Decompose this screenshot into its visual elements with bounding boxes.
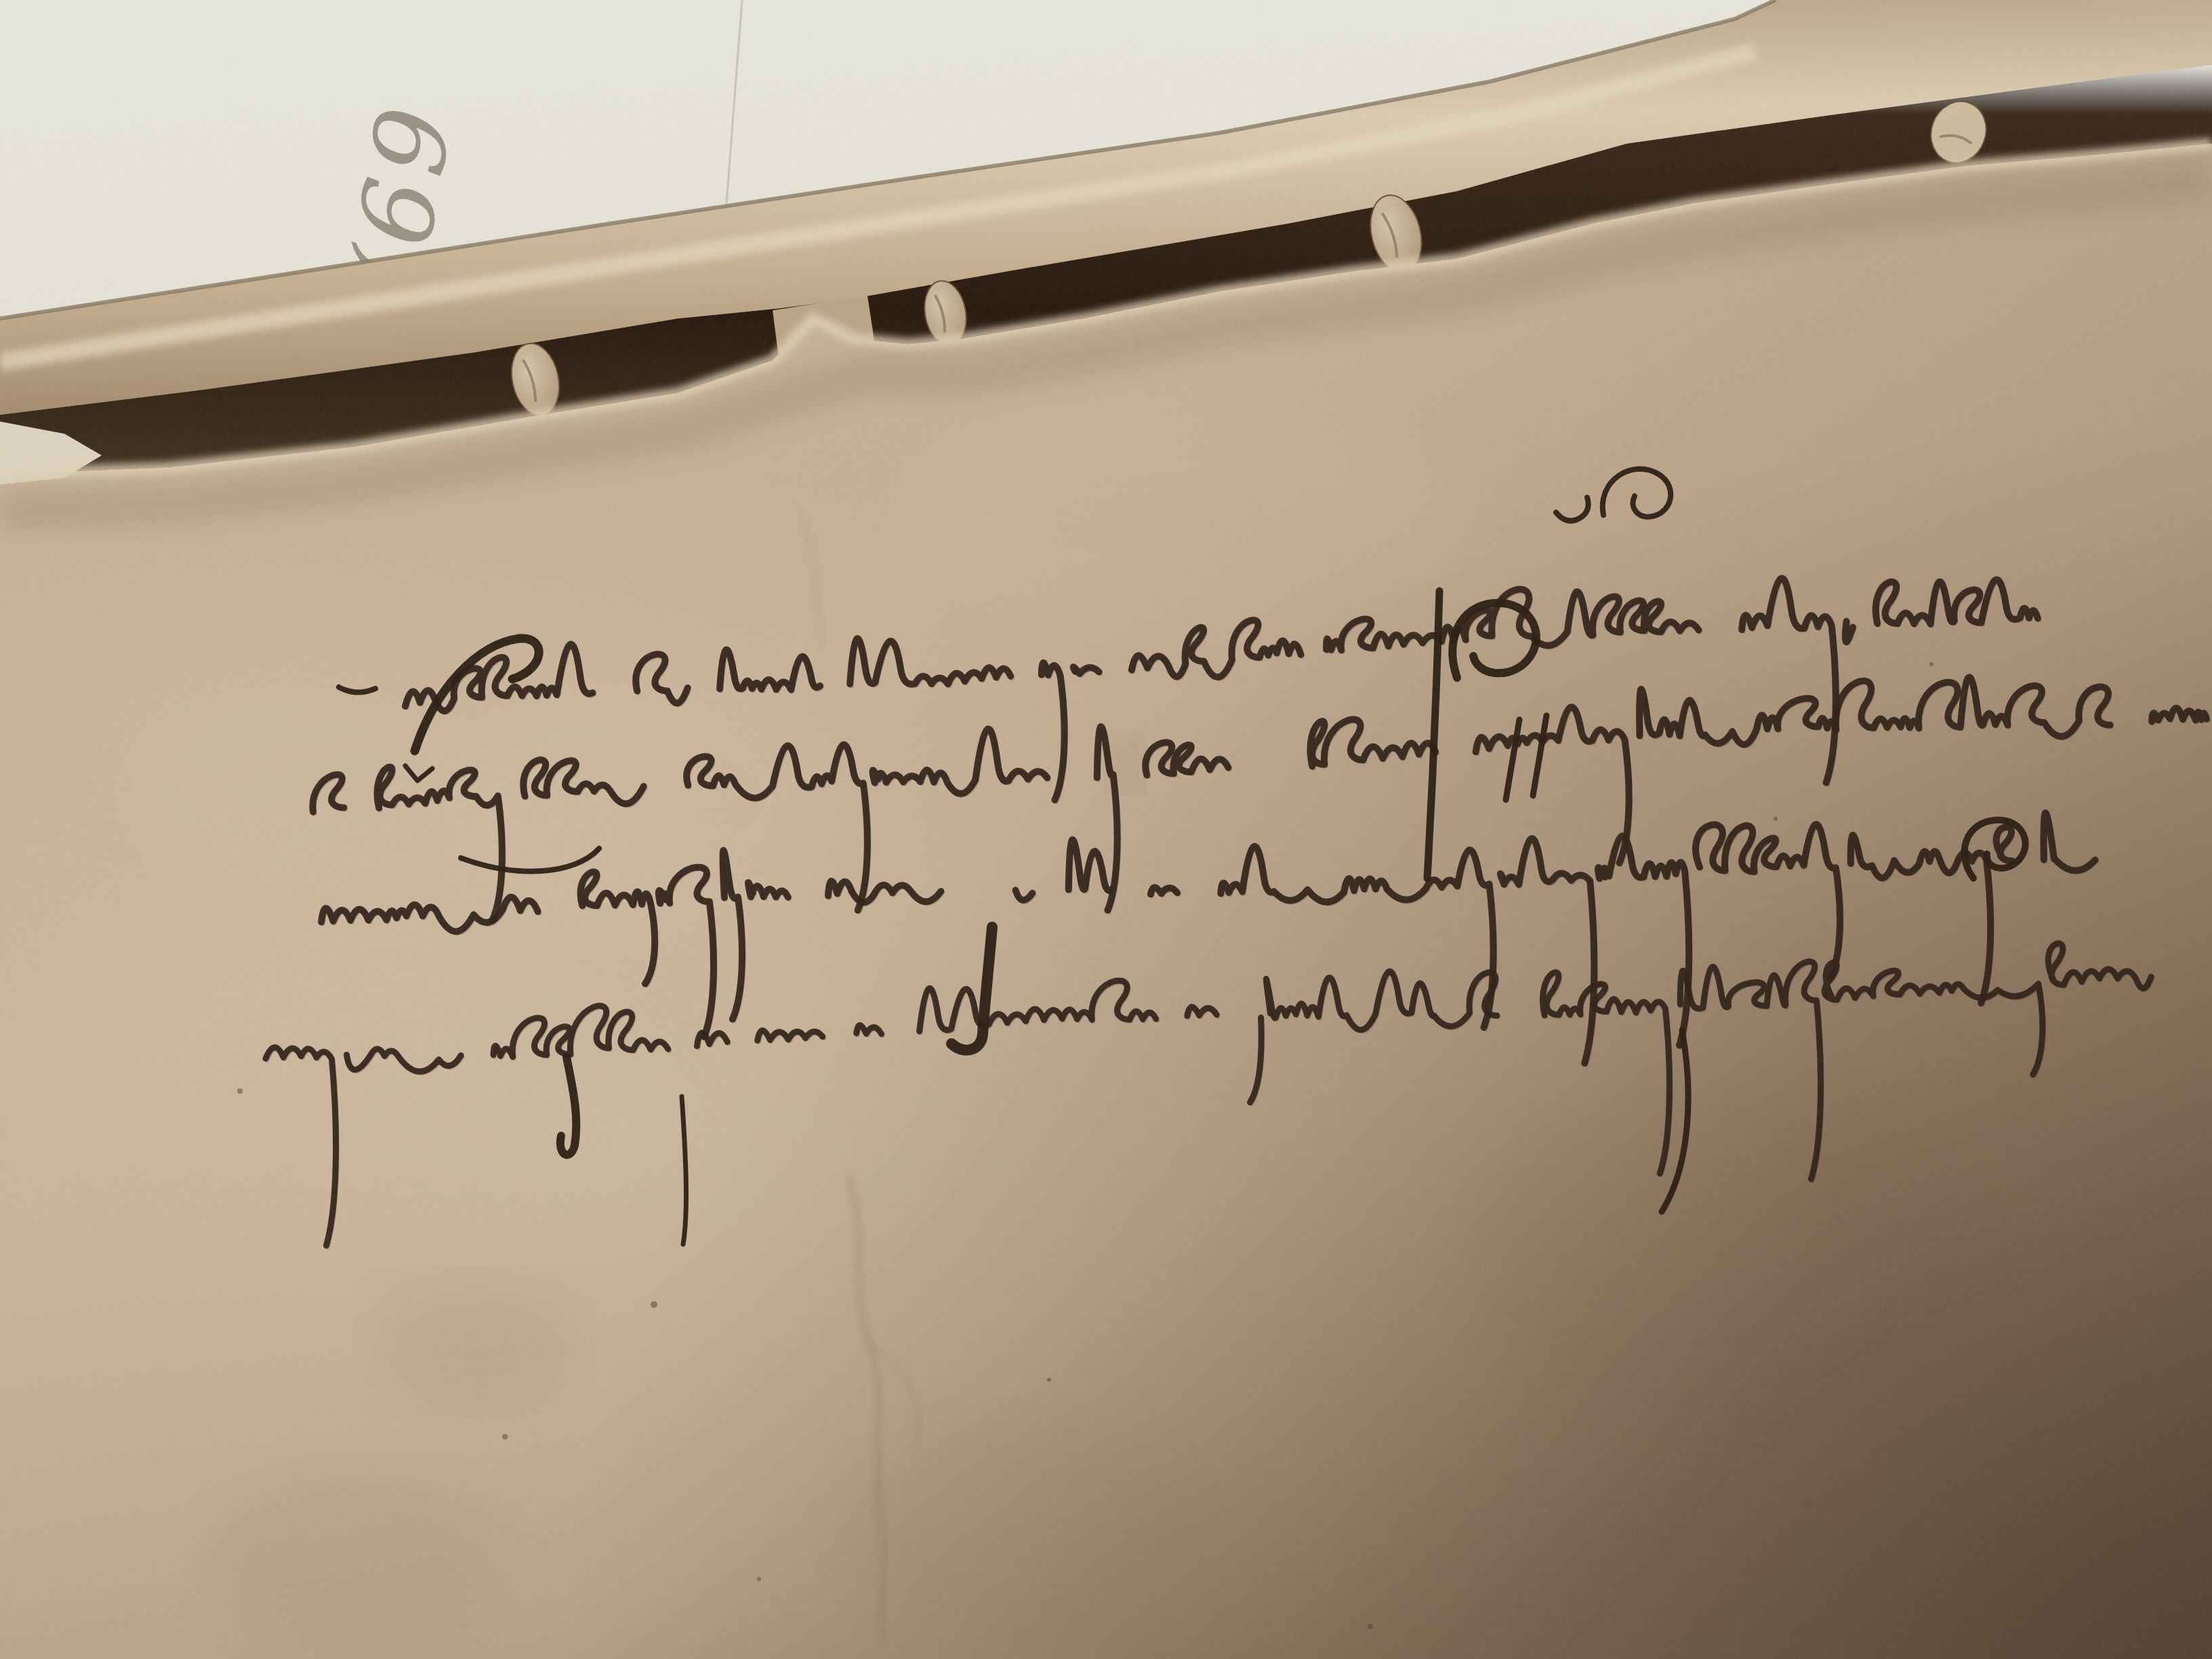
photo-stage: (69 <box>0 0 2212 1659</box>
manuscript-photo: (69 <box>0 0 2212 1659</box>
paper-grain-light <box>0 0 2212 1659</box>
